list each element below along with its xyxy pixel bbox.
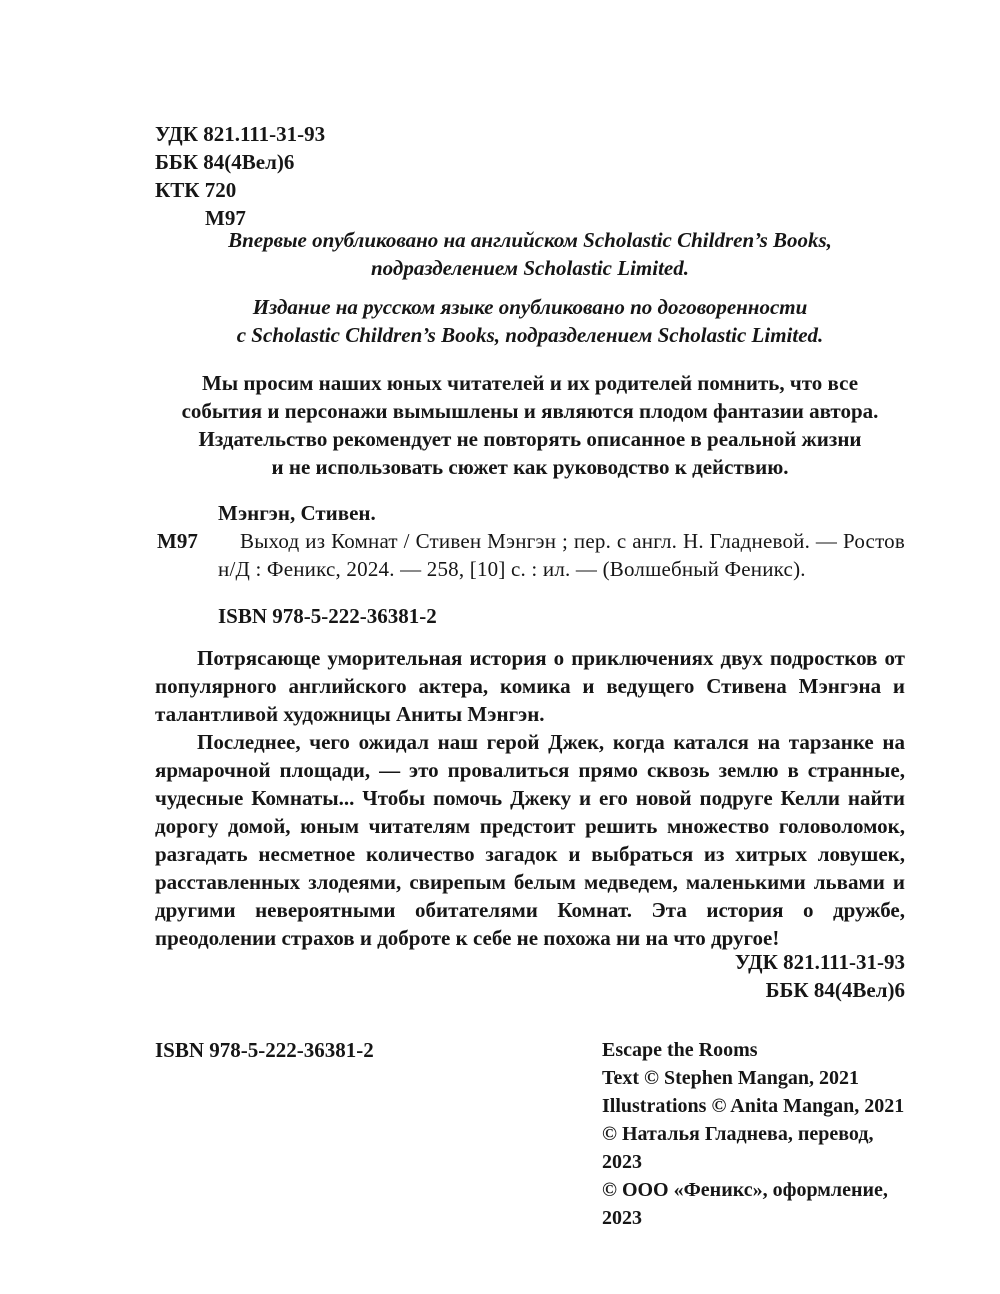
first-publication-note: Впервые опубликовано на английском Schol…	[155, 226, 905, 282]
classification-codes-block: УДК 821.111-31-93 ББК 84(4Вел)6 КТК 720 …	[155, 120, 905, 232]
udk-code: УДК 821.111-31-93	[155, 120, 905, 148]
publisher-disclaimer-line: Мы просим наших юных читателей и их роди…	[155, 369, 905, 397]
translation-copyright: © Наталья Гладнева, перевод, 2023	[602, 1120, 905, 1176]
book-imprint-page: УДК 821.111-31-93 ББК 84(4Вел)6 КТК 720 …	[0, 0, 1000, 1294]
classification-codes-right: УДК 821.111-31-93 ББК 84(4Вел)6	[155, 948, 905, 1004]
bbk-code: ББК 84(4Вел)6	[155, 148, 905, 176]
publisher-disclaimer: Мы просим наших юных читателей и их роди…	[155, 369, 905, 481]
design-copyright: © ООО «Феникс», оформление, 2023	[602, 1176, 905, 1232]
annotation-paragraph: Потрясающе уморительная история о приклю…	[155, 644, 905, 728]
russian-edition-note-line: Издание на русском языке опубликовано по…	[155, 293, 905, 321]
udk-code-bottom: УДК 821.111-31-93	[155, 948, 905, 976]
publisher-disclaimer-line: Издательство рекомендует не повторять оп…	[155, 425, 905, 453]
publisher-disclaimer-line: и не использовать сюжет как руководство …	[155, 453, 905, 481]
russian-edition-note: Издание на русском языке опубликовано по…	[155, 293, 905, 349]
annotation-paragraph: Последнее, чего ожидал наш герой Джек, к…	[155, 728, 905, 952]
first-publication-note-line: подразделением Scholastic Limited.	[155, 254, 905, 282]
bbk-code-bottom: ББК 84(4Вел)6	[155, 976, 905, 1004]
text-copyright: Text © Stephen Mangan, 2021	[602, 1064, 905, 1092]
publisher-disclaimer-line: события и персонажи вымышлены и являются…	[155, 397, 905, 425]
catalog-author: Мэнгэн, Стивен.	[218, 499, 905, 527]
catalog-description: Выход из Комнат / Стивен Мэнгэн ; пер. с…	[218, 527, 905, 583]
catalog-entry: Мэнгэн, Стивен. М97 Выход из Комнат / Ст…	[218, 499, 905, 583]
isbn-number: ISBN 978-5-222-36381-2	[218, 602, 968, 630]
first-publication-note-line: Впервые опубликовано на английском Schol…	[155, 226, 905, 254]
imprint-bottom-row: ISBN 978-5-222-36381-2 Escape the Rooms …	[155, 1036, 905, 1186]
copyright-block: Escape the Rooms Text © Stephen Mangan, …	[602, 1036, 905, 1232]
catalog-body: М97 Выход из Комнат / Стивен Мэнгэн ; пе…	[218, 527, 905, 583]
original-title: Escape the Rooms	[602, 1036, 905, 1064]
russian-edition-note-line: с Scholastic Children’s Books, подраздел…	[155, 321, 905, 349]
annotation-block: Потрясающе уморительная история о приклю…	[155, 644, 905, 952]
illustrations-copyright: Illustrations © Anita Mangan, 2021	[602, 1092, 905, 1120]
isbn-number-bottom: ISBN 978-5-222-36381-2	[155, 1036, 374, 1064]
catalog-code: М97	[157, 527, 198, 555]
ktk-code: КТК 720	[155, 176, 905, 204]
